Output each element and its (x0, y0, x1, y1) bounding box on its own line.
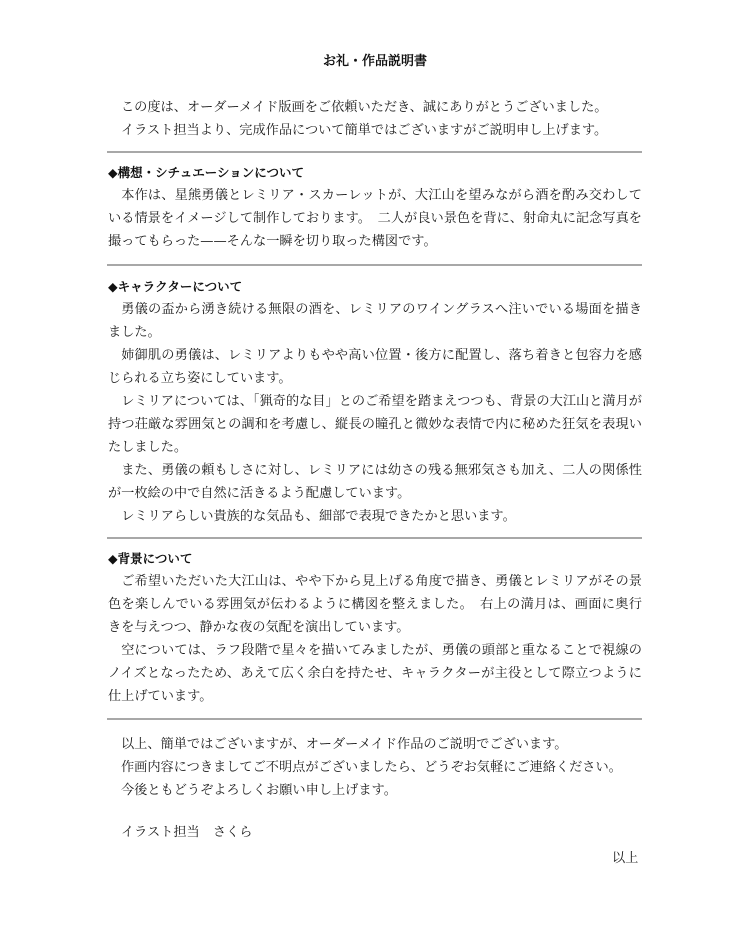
section-divider (107, 151, 642, 153)
outro-line: 作画内容につきましてご不明点がございましたら、どうぞお気軽にご連絡ください。 (121, 756, 641, 779)
section-concept: ◆構想・シチュエーションについて 本作は、星熊勇儀とレミリア・スカーレットが、大… (108, 162, 642, 253)
section-paragraph: 姉御肌の勇儀は、レミリアよりもやや高い位置・後方に配置し、落ち着きと包容力を感じ… (108, 344, 642, 390)
section-paragraph: ご希望いただいた大江山は、やや下から見上げる角度で描き、勇儀とレミリアがその景色… (108, 570, 642, 639)
section-heading: ◆キャラクターについて (108, 276, 642, 298)
section-paragraph: レミリアらしい貴族的な気品も、細部で表現できたかと思います。 (108, 505, 642, 528)
document-page: お礼・作品説明書 この度は、オーダーメイド版画をご依頼いただき、誠にありがとうご… (0, 0, 750, 926)
document-title: お礼・作品説明書 (0, 50, 750, 69)
section-background: ◆背景について ご希望いただいた大江山は、やや下から見上げる角度で描き、勇儀とレ… (108, 548, 642, 708)
section-paragraph: 勇儀の盃から湧き続ける無限の酒を、レミリアのワイングラスへ注いでいる場面を描きま… (108, 298, 642, 344)
section-characters: ◆キャラクターについて 勇儀の盃から湧き続ける無限の酒を、レミリアのワイングラス… (108, 276, 642, 528)
section-divider (107, 537, 642, 539)
outro-line: 今後ともどうぞよろしくお願い申し上げます。 (121, 779, 641, 802)
intro-line: イラスト担当より、完成作品について簡単ではございますがご説明申し上げます。 (121, 119, 641, 142)
section-paragraph: 本作は、星熊勇儀とレミリア・スカーレットが、大江山を望みながら酒を酌み交わしてい… (108, 184, 642, 253)
outro-block: 以上、簡単ではございますが、オーダーメイド作品のご説明でございます。 作画内容に… (121, 733, 641, 802)
outro-line: 以上、簡単ではございますが、オーダーメイド作品のご説明でございます。 (121, 733, 641, 756)
section-heading: ◆背景について (108, 548, 642, 570)
section-divider (107, 264, 642, 266)
section-heading: ◆構想・シチュエーションについて (108, 162, 642, 184)
closing-mark: 以上 (612, 847, 638, 866)
section-paragraph: レミリアについては、「猟奇的な目」とのご希望を踏まえつつも、背景の大江山と満月が… (108, 390, 642, 459)
intro-line: この度は、オーダーメイド版画をご依頼いただき、誠にありがとうございました。 (121, 96, 641, 119)
intro-block: この度は、オーダーメイド版画をご依頼いただき、誠にありがとうございました。 イラ… (121, 96, 641, 142)
section-divider (107, 718, 642, 720)
signature: イラスト担当 さくら (121, 821, 252, 840)
section-paragraph: 空については、ラフ段階で星々を描いてみましたが、勇儀の頭部と重なることで視線のノ… (108, 639, 642, 708)
section-paragraph: また、勇儀の頼もしさに対し、レミリアには幼さの残る無邪気さも加え、二人の関係性が… (108, 459, 642, 505)
